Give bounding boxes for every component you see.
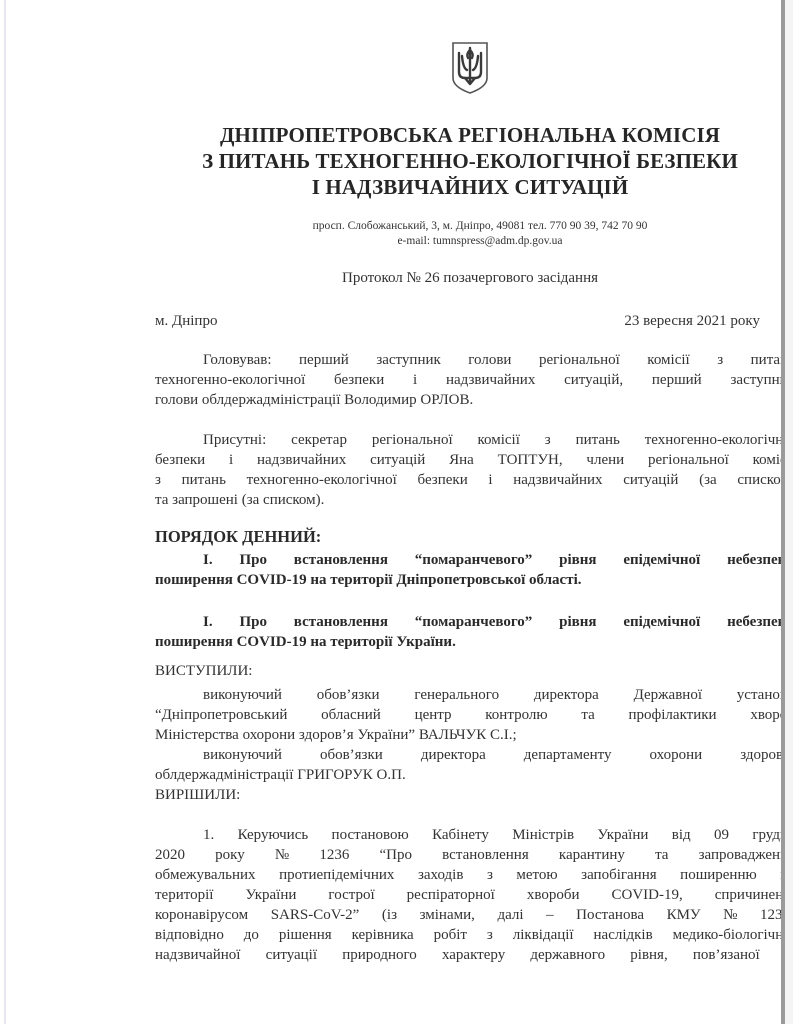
agenda-heading: ПОРЯДОК ДЕННИЙ: bbox=[155, 527, 321, 547]
postal-address: просп. Слобожанський, 3, м. Дніпро, 4908… bbox=[150, 219, 781, 234]
word: надзвичайних bbox=[446, 370, 535, 390]
word: секретар bbox=[291, 430, 347, 450]
word: № bbox=[723, 905, 737, 925]
word: характеру bbox=[442, 945, 505, 965]
word: поширенню bbox=[680, 865, 757, 885]
word: Яна bbox=[449, 450, 474, 470]
word: обов’язки bbox=[317, 685, 380, 705]
word: № bbox=[275, 845, 289, 865]
word: небезпеки bbox=[727, 612, 781, 632]
decision-line: 1.КеруючисьпостановоюКабінетуМіністрівУк… bbox=[155, 825, 781, 845]
word: відповідно bbox=[155, 925, 224, 945]
word: 1236) bbox=[760, 905, 781, 925]
word: Постанова bbox=[576, 905, 644, 925]
word: епідемічної bbox=[623, 612, 700, 632]
word: з bbox=[155, 470, 161, 490]
word: COVID-19, bbox=[612, 885, 683, 905]
word: встановлення bbox=[442, 845, 529, 865]
word: грудня bbox=[752, 825, 781, 845]
word: Керуючись bbox=[238, 825, 309, 845]
word: пов’язаної bbox=[693, 945, 760, 965]
title-line-3: І НАДЗВИЧАЙНИХ СИТУАЦІЙ bbox=[150, 174, 781, 200]
word: Головував: bbox=[203, 350, 272, 370]
word: постановою bbox=[332, 825, 409, 845]
word: рішення bbox=[279, 925, 332, 945]
word: ситуації bbox=[266, 945, 317, 965]
word: питань bbox=[576, 430, 620, 450]
agenda-item-line: поширення COVID-19 на території України. bbox=[155, 632, 781, 652]
decided-heading: ВИРІШИЛИ: bbox=[155, 787, 240, 804]
word: I. bbox=[203, 550, 213, 570]
word: та bbox=[581, 705, 594, 725]
word: регіональної bbox=[539, 350, 620, 370]
word: Державної bbox=[634, 685, 702, 705]
word: далі bbox=[497, 905, 523, 925]
chaired-line: Головував:першийзаступникголовирегіональ… bbox=[155, 350, 781, 370]
word: України bbox=[597, 825, 648, 845]
word: виконуючий bbox=[203, 745, 282, 765]
present-line: зпитаньтехногенно-екологічноїбезпекиінад… bbox=[155, 470, 781, 490]
word: Про bbox=[239, 550, 267, 570]
decision-line: 2020року№1236“Провстановленнякарантинута… bbox=[155, 845, 781, 865]
speaker-line: виконуючийобов’язкигенеральногодиректора… bbox=[155, 685, 781, 705]
word: директора bbox=[421, 745, 486, 765]
word: “помаранчевого” bbox=[415, 550, 533, 570]
word: встановлення bbox=[294, 550, 388, 570]
word: профілактики bbox=[629, 705, 717, 725]
present-paragraph: Присутні:секретаррегіональноїкомісіїзпит… bbox=[155, 430, 781, 510]
word: заходів bbox=[418, 865, 463, 885]
word: обласний bbox=[321, 705, 381, 725]
word: рівня, bbox=[630, 945, 667, 965]
word: наслідків bbox=[594, 925, 653, 945]
word: заступник bbox=[376, 350, 440, 370]
word: директора bbox=[534, 685, 599, 705]
word: державного bbox=[530, 945, 605, 965]
agenda-item-line: I.Провстановлення“помаранчевого”рівняепі… bbox=[155, 612, 781, 632]
speaker-2: виконуючийобов’язкидиректорадепартаменту… bbox=[155, 745, 781, 785]
decision-line: надзвичайноїситуаціїприродногохарактеруд… bbox=[155, 945, 781, 965]
commission-title: ДНІПРОПЕТРОВСЬКА РЕГІОНАЛЬНА КОМІСІЯ З П… bbox=[150, 122, 781, 200]
word: змінами, bbox=[420, 905, 475, 925]
word: 09 bbox=[714, 825, 729, 845]
speaker-line: облдержадміністрації ГРИГОРУК О.П. bbox=[155, 765, 781, 785]
word: і bbox=[413, 370, 417, 390]
word: протиепідемічних bbox=[279, 865, 394, 885]
word: коронавірусом bbox=[155, 905, 248, 925]
word: хвороби bbox=[527, 885, 580, 905]
word: (за bbox=[699, 470, 717, 490]
word: техногенно-екологічної bbox=[645, 430, 781, 450]
word: до bbox=[244, 925, 259, 945]
word: питань bbox=[182, 470, 226, 490]
word: карантину bbox=[559, 845, 625, 865]
word: заступник bbox=[731, 370, 782, 390]
email-address: e-mail: tumnspress@adm.dp.gov.ua bbox=[150, 234, 781, 249]
agenda-item-2: I.Провстановлення“помаранчевого”рівняепі… bbox=[155, 612, 781, 652]
present-line: та запрошені (за списком). bbox=[155, 490, 781, 510]
word: небезпеки bbox=[727, 550, 781, 570]
word: безпеки bbox=[334, 370, 384, 390]
agenda-item-line: поширення COVID-19 на території Дніпропе… bbox=[155, 570, 781, 590]
word: члени bbox=[586, 450, 624, 470]
word: здоров’я bbox=[740, 745, 781, 765]
word: з bbox=[487, 865, 493, 885]
chaired-line: голови облдержадміністрації Володимир ОР… bbox=[155, 390, 781, 410]
word: Міністрів bbox=[512, 825, 574, 845]
word: і bbox=[229, 450, 233, 470]
word: комісії bbox=[753, 450, 781, 470]
present-line: Присутні:секретаррегіональноїкомісіїзпит… bbox=[155, 430, 781, 450]
speaker-1: виконуючийобов’язкигенеральногодиректора… bbox=[155, 685, 781, 745]
word: року bbox=[215, 845, 245, 865]
word: ситуацій bbox=[623, 470, 678, 490]
word: перший bbox=[652, 370, 702, 390]
decision-line: коронавірусомSARS-CoV-2”(іззмінами,далі–… bbox=[155, 905, 781, 925]
word: контролю bbox=[485, 705, 547, 725]
word: техногенно-екологічної bbox=[155, 370, 305, 390]
speaker-line: виконуючийобов’язкидиректорадепартаменту… bbox=[155, 745, 781, 765]
word: Кабінету bbox=[432, 825, 489, 845]
word: природного bbox=[342, 945, 417, 965]
word: перший bbox=[299, 350, 349, 370]
word: “Про bbox=[380, 845, 413, 865]
word: від bbox=[672, 825, 691, 845]
protocol-city: м. Дніпро bbox=[155, 313, 217, 330]
word: ситуацій, bbox=[564, 370, 623, 390]
word: установи bbox=[737, 685, 781, 705]
word: і bbox=[488, 470, 492, 490]
protocol-date: 23 вересня 2021 року bbox=[560, 313, 760, 330]
word: рівня bbox=[559, 550, 596, 570]
ukraine-trident-coat-of-arms-icon bbox=[450, 40, 490, 95]
word: ситуацій bbox=[370, 450, 425, 470]
word: SARS-CoV-2” bbox=[271, 905, 360, 925]
word: та bbox=[655, 845, 668, 865]
word: обов’язки bbox=[320, 745, 383, 765]
word: I. bbox=[203, 612, 213, 632]
word: списком) bbox=[737, 470, 781, 490]
word: ТОПТУН, bbox=[498, 450, 563, 470]
decision-line: обмежувальнихпротиепідемічнихзаходівзмет… bbox=[155, 865, 781, 885]
word: Про bbox=[239, 612, 267, 632]
word: голови bbox=[468, 350, 511, 370]
agenda-item-1: I.Провстановлення“помаранчевого”рівняепі… bbox=[155, 550, 781, 590]
word: з bbox=[717, 350, 723, 370]
word: запобігання bbox=[581, 865, 656, 885]
word: безпеки bbox=[155, 450, 205, 470]
chaired-line: техногенно-екологічноїбезпекиінадзвичайн… bbox=[155, 370, 781, 390]
word: надзвичайних bbox=[257, 450, 346, 470]
word: комісії bbox=[478, 430, 520, 450]
word: охорони bbox=[650, 745, 703, 765]
speaker-line: Міністерства охорони здоров’я України” В… bbox=[155, 725, 781, 745]
word: генерального bbox=[414, 685, 499, 705]
word: департаменту bbox=[524, 745, 612, 765]
word: України bbox=[245, 885, 296, 905]
word: гострої bbox=[328, 885, 374, 905]
word: Присутні: bbox=[203, 430, 266, 450]
word: центр bbox=[415, 705, 452, 725]
word: “помаранчевого” bbox=[415, 612, 533, 632]
word: надзвичайних bbox=[513, 470, 602, 490]
word: “Дніпропетровський bbox=[155, 705, 287, 725]
word: – bbox=[546, 905, 554, 925]
word: 2020 bbox=[155, 845, 185, 865]
word: респіраторної bbox=[407, 885, 495, 905]
word: регіональної bbox=[372, 430, 453, 450]
decision-line: територіїУкраїнигостроїреспіраторноїхвор… bbox=[155, 885, 781, 905]
protocol-title: Протокол № 26 позачергового засідання bbox=[150, 270, 781, 287]
word: епідемічної bbox=[623, 550, 700, 570]
word: 1. bbox=[203, 825, 214, 845]
word: надзвичайної bbox=[155, 945, 240, 965]
word: керівника bbox=[352, 925, 414, 945]
decision-item-1: 1.КеруючисьпостановоюКабінетуМіністрівУк… bbox=[155, 825, 781, 965]
decision-line: відповіднодорішеннякерівникаробітзліквід… bbox=[155, 925, 781, 945]
word: встановлення bbox=[294, 612, 388, 632]
title-line-2: З ПИТАНЬ ТЕХНОГЕННО-ЕКОЛОГІЧНОЇ БЕЗПЕКИ bbox=[150, 148, 781, 174]
word: комісії bbox=[647, 350, 689, 370]
page-right-margin bbox=[785, 0, 793, 1024]
word: 1236 bbox=[319, 845, 349, 865]
word: питань bbox=[751, 350, 781, 370]
word: метою bbox=[516, 865, 557, 885]
title-line-1: ДНІПРОПЕТРОВСЬКА РЕГІОНАЛЬНА КОМІСІЯ bbox=[150, 122, 781, 148]
document-page: ДНІПРОПЕТРОВСЬКА РЕГІОНАЛЬНА КОМІСІЯ З П… bbox=[0, 0, 781, 1024]
word: робіт bbox=[434, 925, 467, 945]
word: КМУ bbox=[667, 905, 701, 925]
word: території bbox=[155, 885, 213, 905]
word: спричиненої bbox=[715, 885, 781, 905]
word: з bbox=[487, 925, 493, 945]
present-line: безпекиінадзвичайнихситуаційЯнаТОПТУН,чл… bbox=[155, 450, 781, 470]
word: ліквідації bbox=[513, 925, 574, 945]
speaker-line: “Дніпропетровськийобласнийцентрконтролют… bbox=[155, 705, 781, 725]
agenda-item-line: I.Провстановлення“помаранчевого”рівняепі… bbox=[155, 550, 781, 570]
word: з bbox=[545, 430, 551, 450]
word: хвороб bbox=[750, 705, 781, 725]
word: виконуючий bbox=[203, 685, 282, 705]
word: (із bbox=[382, 905, 397, 925]
speakers-heading: ВИСТУПИЛИ: bbox=[155, 663, 252, 680]
word: запровадження bbox=[699, 845, 781, 865]
word: техногенно-екологічної bbox=[247, 470, 397, 490]
word: безпеки bbox=[418, 470, 468, 490]
word: обмежувальних bbox=[155, 865, 256, 885]
chaired-paragraph: Головував:першийзаступникголовирегіональ… bbox=[155, 350, 781, 410]
word: регіональної bbox=[648, 450, 729, 470]
word: рівня bbox=[559, 612, 596, 632]
contact-info: просп. Слобожанський, 3, м. Дніпро, 4908… bbox=[150, 219, 781, 249]
word: медико-біологічної bbox=[673, 925, 781, 945]
